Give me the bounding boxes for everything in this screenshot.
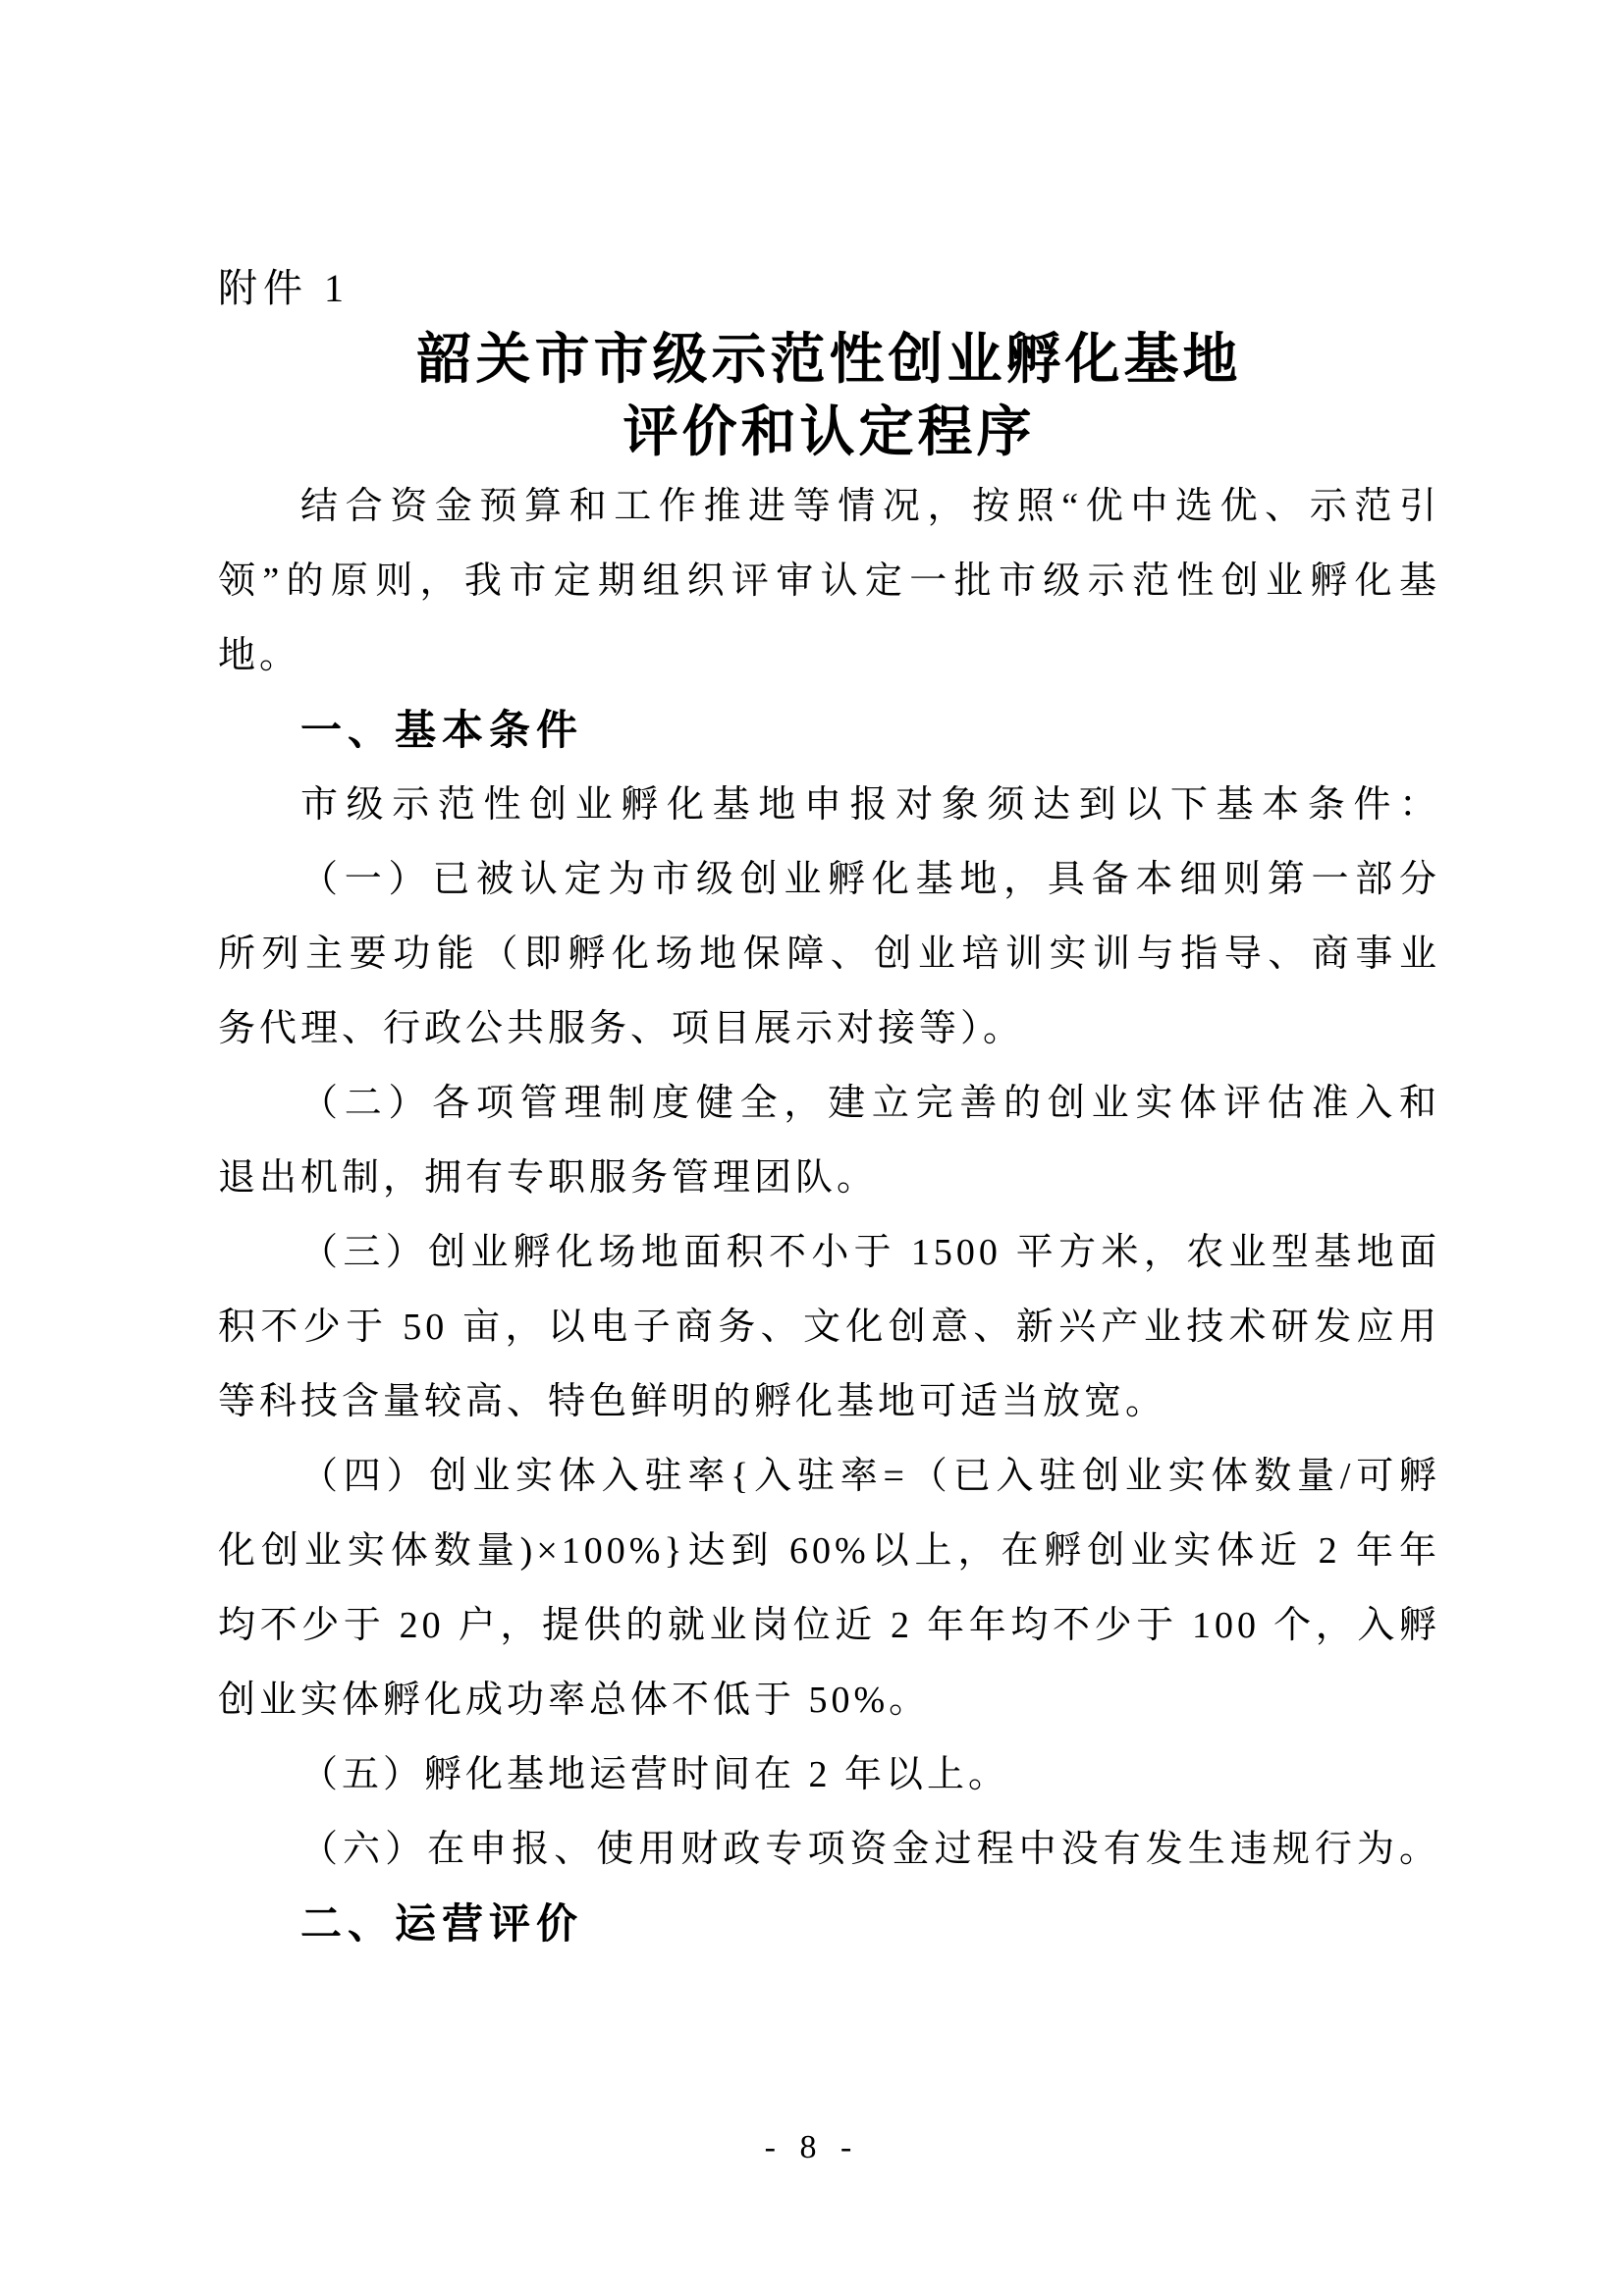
condition-item-1: （一）已被认定为市级创业孵化基地，具备本细则第一部分 所列主要功能（即孵化场地保… bbox=[218, 842, 1440, 1066]
document-title-line-2: 评价和认定程序 bbox=[623, 402, 1036, 463]
condition-item-2: （二）各项管理制度健全，建立完善的创业实体评估准入和 退出机制，拥有专职服务管理… bbox=[218, 1066, 1440, 1215]
text-line: 化创业实体数量)×100%}达到 60%以上，在孵创业实体近 2 年年 bbox=[218, 1514, 1440, 1588]
section-heading-basic-conditions: 一、基本条件 bbox=[218, 693, 1440, 768]
text-line: 市级示范性创业孵化基地申报对象须达到以下基本条件： bbox=[218, 768, 1440, 842]
document-title-line-1: 韶关市市级示范性创业孵化基地 bbox=[417, 330, 1242, 391]
page-content: 附件 1 韶关市市级示范性创业孵化基地评价和认定程序 结合资金预算和工作推进等情… bbox=[218, 0, 1440, 1961]
text-line: 所列主要功能（即孵化场地保障、创业培训实训与指导、商事业 bbox=[218, 917, 1440, 991]
document-page: 附件 1 韶关市市级示范性创业孵化基地评价和认定程序 结合资金预算和工作推进等情… bbox=[0, 0, 1624, 2296]
text-line: 等科技含量较高、特色鲜明的孵化基地可适当放宽。 bbox=[218, 1364, 1440, 1439]
condition-item-3: （三）创业孵化场地面积不小于 1500 平方米，农业型基地面 积不少于 50 亩… bbox=[218, 1215, 1440, 1439]
text-line: （二）各项管理制度健全，建立完善的创业实体评估准入和 bbox=[218, 1066, 1440, 1141]
condition-item-4: （四）创业实体入驻率{入驻率=（已入驻创业实体数量/可孵 化创业实体数量)×10… bbox=[218, 1439, 1440, 1737]
text-line: 积不少于 50 亩，以电子商务、文化创意、新兴产业技术研发应用 bbox=[218, 1290, 1440, 1364]
attachment-label: 附件 1 bbox=[218, 267, 1440, 310]
text-line: 务代理、行政公共服务、项目展示对接等）。 bbox=[218, 991, 1440, 1066]
text-line: 退出机制，拥有专职服务管理团队。 bbox=[218, 1141, 1440, 1215]
text-line: 领”的原则，我市定期组织评审认定一批市级示范性创业孵化基 bbox=[218, 544, 1440, 618]
page-number: - 8 - bbox=[0, 2128, 1624, 2167]
condition-item-6: （六）在申报、使用财政专项资金过程中没有发生违规行为。 bbox=[218, 1812, 1440, 1887]
text-line: （五）孵化基地运营时间在 2 年以上。 bbox=[218, 1737, 1440, 1812]
text-line: （四）创业实体入驻率{入驻率=（已入驻创业实体数量/可孵 bbox=[218, 1439, 1440, 1514]
condition-item-5: （五）孵化基地运营时间在 2 年以上。 bbox=[218, 1737, 1440, 1812]
text-line: 创业实体孵化成功率总体不低于 50%。 bbox=[218, 1663, 1440, 1737]
section-heading-operation-evaluation: 二、运营评价 bbox=[218, 1887, 1440, 1961]
section1-lead-paragraph: 市级示范性创业孵化基地申报对象须达到以下基本条件： bbox=[218, 768, 1440, 842]
text-line: 均不少于 20 户，提供的就业岗位近 2 年年均不少于 100 个，入孵 bbox=[218, 1588, 1440, 1663]
text-line: （三）创业孵化场地面积不小于 1500 平方米，农业型基地面 bbox=[218, 1215, 1440, 1290]
text-line: （一）已被认定为市级创业孵化基地，具备本细则第一部分 bbox=[218, 842, 1440, 917]
text-line: 结合资金预算和工作推进等情况，按照“优中选优、示范引 bbox=[218, 469, 1440, 544]
document-title: 韶关市市级示范性创业孵化基地评价和认定程序 bbox=[218, 324, 1440, 469]
text-line: （六）在申报、使用财政专项资金过程中没有发生违规行为。 bbox=[218, 1812, 1440, 1887]
text-line: 地。 bbox=[218, 618, 1440, 693]
intro-paragraph: 结合资金预算和工作推进等情况，按照“优中选优、示范引 领”的原则，我市定期组织评… bbox=[218, 469, 1440, 693]
